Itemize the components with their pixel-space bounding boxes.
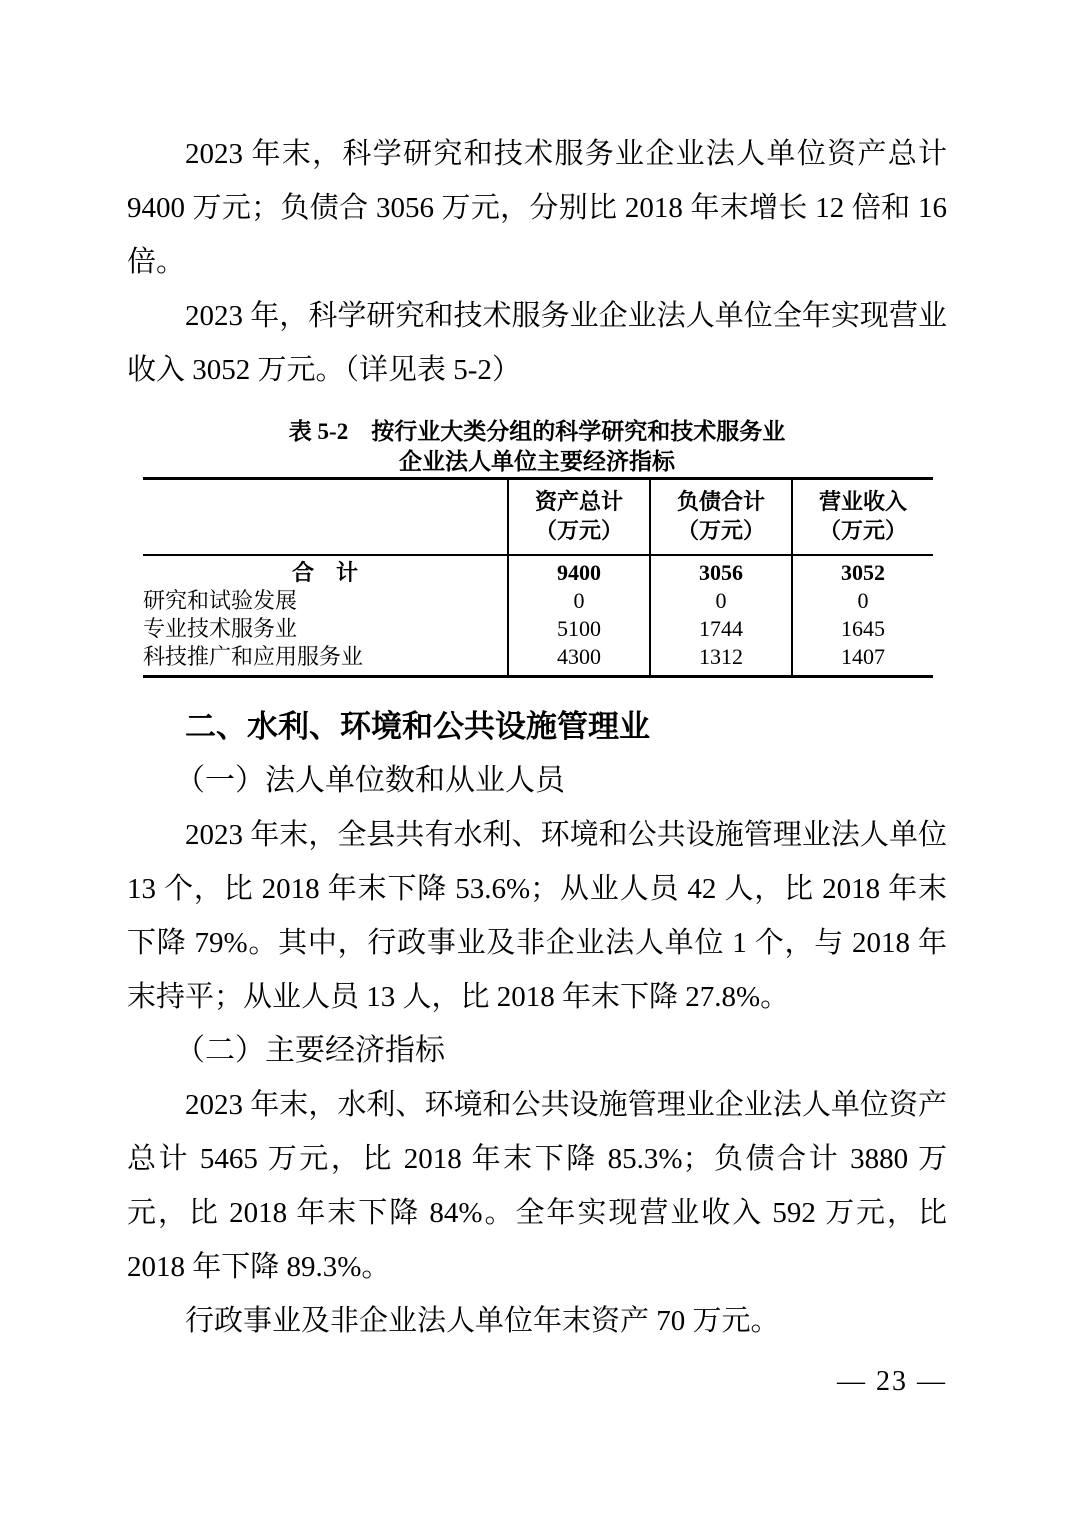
paragraph-assets-water-utilities: 2023 年末，水利、环境和公共设施管理业企业法人单位资产总计 5465 万元，… bbox=[127, 1078, 947, 1294]
cell-value: 0 bbox=[650, 587, 792, 615]
row-label: 合 计 bbox=[143, 555, 508, 587]
header-cell-empty bbox=[143, 479, 508, 556]
header-cell-revenue: 营业收入 （万元） bbox=[792, 479, 933, 556]
header-revenue-label: 营业收入 bbox=[793, 487, 933, 516]
paragraph-revenue-sci-tech: 2023 年，科学研究和技术服务业企业法人单位全年实现营业收入 3052 万元。… bbox=[127, 289, 947, 397]
cell-value: 1407 bbox=[792, 643, 933, 677]
table-5-2-title-line2: 企业法人单位主要经济指标 bbox=[127, 447, 947, 477]
row-label: 专业技术服务业 bbox=[143, 615, 508, 643]
cell-value: 3056 bbox=[650, 555, 792, 587]
cell-value: 1744 bbox=[650, 615, 792, 643]
row-label: 研究和试验发展 bbox=[143, 587, 508, 615]
table-row-professional: 专业技术服务业 5100 1744 1645 bbox=[143, 615, 933, 643]
table-5-2-title-line1: 表 5-2 按行业大类分组的科学研究和技术服务业 bbox=[127, 417, 947, 447]
cell-value: 4300 bbox=[508, 643, 650, 677]
paragraph-admin-units-assets: 行政事业及非企业法人单位年末资产 70 万元。 bbox=[127, 1294, 947, 1348]
cell-value: 1645 bbox=[792, 615, 933, 643]
table-5-2-title: 表 5-2 按行业大类分组的科学研究和技术服务业 企业法人单位主要经济指标 bbox=[127, 417, 947, 477]
cell-value: 9400 bbox=[508, 555, 650, 587]
header-cell-assets: 资产总计 （万元） bbox=[508, 479, 650, 556]
page-number: — 23 — bbox=[127, 1360, 947, 1404]
section-heading-water-utilities: 二、水利、环境和公共设施管理业 bbox=[127, 700, 947, 754]
cell-value: 3052 bbox=[792, 555, 933, 587]
header-cell-liabilities: 负债合计 （万元） bbox=[650, 479, 792, 556]
table-row-promotion: 科技推广和应用服务业 4300 1312 1407 bbox=[143, 643, 933, 677]
table-row-research: 研究和试验发展 0 0 0 bbox=[143, 587, 933, 615]
cell-value: 5100 bbox=[508, 615, 650, 643]
cell-value: 0 bbox=[792, 587, 933, 615]
paragraph-assets-sci-tech: 2023 年末，科学研究和技术服务业企业法人单位资产总计 9400 万元；负债合… bbox=[127, 127, 947, 289]
sub-heading-legal-units: （一）法人单位数和从业人员 bbox=[127, 754, 947, 808]
table-row-total: 合 计 9400 3056 3052 bbox=[143, 555, 933, 587]
header-assets-label: 资产总计 bbox=[509, 487, 649, 516]
header-liabilities-unit: （万元） bbox=[651, 516, 791, 545]
cell-value: 1312 bbox=[650, 643, 792, 677]
table-header-row: 资产总计 （万元） 负债合计 （万元） 营业收入 （万元） bbox=[143, 479, 933, 556]
table-5-2: 资产总计 （万元） 负债合计 （万元） 营业收入 （万元） 合 计 9400 3… bbox=[143, 477, 933, 678]
header-assets-unit: （万元） bbox=[509, 516, 649, 545]
row-label: 科技推广和应用服务业 bbox=[143, 643, 508, 677]
sub-heading-economic-indicators: （二）主要经济指标 bbox=[127, 1024, 947, 1078]
paragraph-units-employees: 2023 年末，全县共有水利、环境和公共设施管理业法人单位 13 个，比 201… bbox=[127, 808, 947, 1024]
document-page: 2023 年末，科学研究和技术服务业企业法人单位资产总计 9400 万元；负债合… bbox=[0, 0, 1074, 1520]
header-liabilities-label: 负债合计 bbox=[651, 487, 791, 516]
header-revenue-unit: （万元） bbox=[793, 516, 933, 545]
cell-value: 0 bbox=[508, 587, 650, 615]
